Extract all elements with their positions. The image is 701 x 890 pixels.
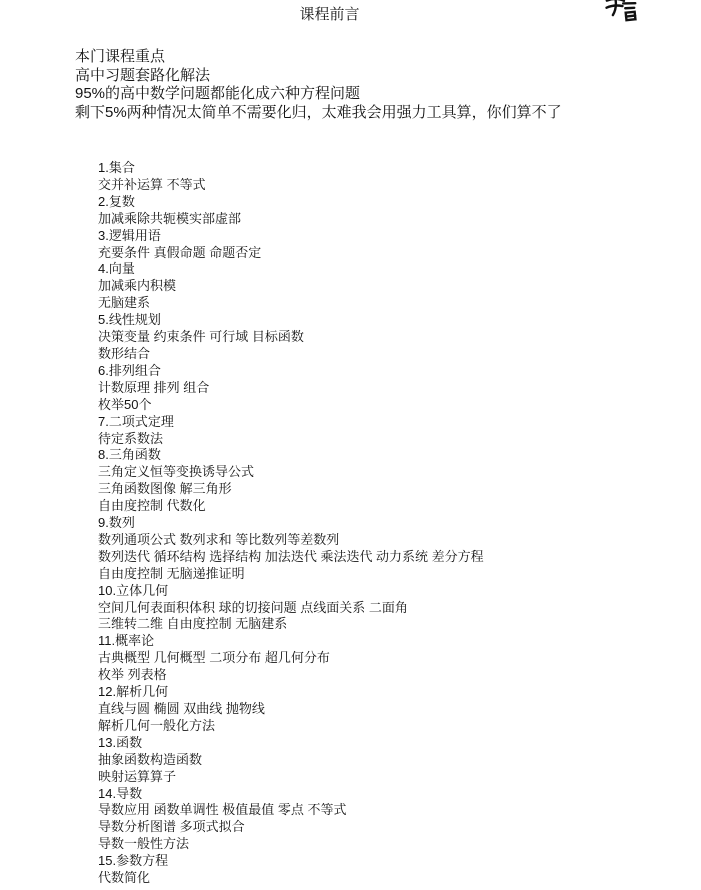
intro-line: 剩下5%两种情况太简单不需要化归，太难我会用强力工具算，你们算不了 [75,104,562,123]
outline-line: 8.三角函数 [98,447,484,464]
document-page: 课程前言 本门课程重点高中习题套路化解法95%的高中数学问题都能化成六种方程问题… [0,0,701,890]
outline-line: 代数简化 [98,870,484,887]
outline-line: 15.参数方程 [98,853,484,870]
outline-line: 古典概型 几何概型 二项分布 超几何分布 [98,650,484,667]
course-intro: 本门课程重点高中习题套路化解法95%的高中数学问题都能化成六种方程问题剩下5%两… [75,48,562,123]
outline-line: 加减乘除共轭模实部虚部 [98,211,484,228]
course-outline: 1.集合交并补运算 不等式2.复数加减乘除共轭模实部虚部3.逻辑用语充要条件 真… [98,160,484,887]
outline-line: 映射运算算子 [98,769,484,786]
outline-line: 1.集合 [98,160,484,177]
outline-line: 数列迭代 循环结构 选择结构 加法迭代 乘法迭代 动力系统 差分方程 [98,549,484,566]
outline-line: 交并补运算 不等式 [98,177,484,194]
outline-line: 解析几何一般化方法 [98,718,484,735]
outline-line: 10.立体几何 [98,583,484,600]
outline-line: 自由度控制 无脑递推证明 [98,566,484,583]
outline-line: 直线与圆 椭圆 双曲线 抛物线 [98,701,484,718]
outline-line: 枚举 列表格 [98,667,484,684]
intro-line: 本门课程重点 [75,48,562,67]
calligraphy-signature-icon [605,0,641,29]
outline-line: 自由度控制 代数化 [98,498,484,515]
outline-line: 6.排列组合 [98,363,484,380]
intro-line: 高中习题套路化解法 [75,67,562,86]
outline-line: 抽象函数构造函数 [98,752,484,769]
outline-line: 数列通项公式 数列求和 等比数列等差数列 [98,532,484,549]
outline-line: 三角定义恒等变换诱导公式 [98,464,484,481]
intro-line: 95%的高中数学问题都能化成六种方程问题 [75,85,562,104]
outline-line: 5.线性规划 [98,312,484,329]
outline-line: 三角函数图像 解三角形 [98,481,484,498]
outline-line: 待定系数法 [98,431,484,448]
outline-line: 加减乘内积模 [98,278,484,295]
outline-line: 11.概率论 [98,633,484,650]
outline-line: 决策变量 约束条件 可行域 目标函数 [98,329,484,346]
outline-line: 导数应用 函数单调性 极值最值 零点 不等式 [98,802,484,819]
outline-line: 计数原理 排列 组合 [98,380,484,397]
outline-line: 13.函数 [98,735,484,752]
outline-line: 三维转二维 自由度控制 无脑建系 [98,616,484,633]
outline-line: 枚举50个 [98,397,484,414]
outline-line: 7.二项式定理 [98,414,484,431]
outline-line: 12.解析几何 [98,684,484,701]
page-title: 课程前言 [0,6,659,24]
outline-line: 2.复数 [98,194,484,211]
outline-line: 9.数列 [98,515,484,532]
outline-line: 14.导数 [98,786,484,803]
outline-line: 空间几何表面积体积 球的切接问题 点线面关系 二面角 [98,600,484,617]
outline-line: 3.逻辑用语 [98,228,484,245]
outline-line: 导数一般性方法 [98,836,484,853]
outline-line: 4.向量 [98,261,484,278]
outline-line: 导数分析图谱 多项式拟合 [98,819,484,836]
outline-line: 数形结合 [98,346,484,363]
outline-line: 无脑建系 [98,295,484,312]
outline-line: 充要条件 真假命题 命题否定 [98,245,484,262]
